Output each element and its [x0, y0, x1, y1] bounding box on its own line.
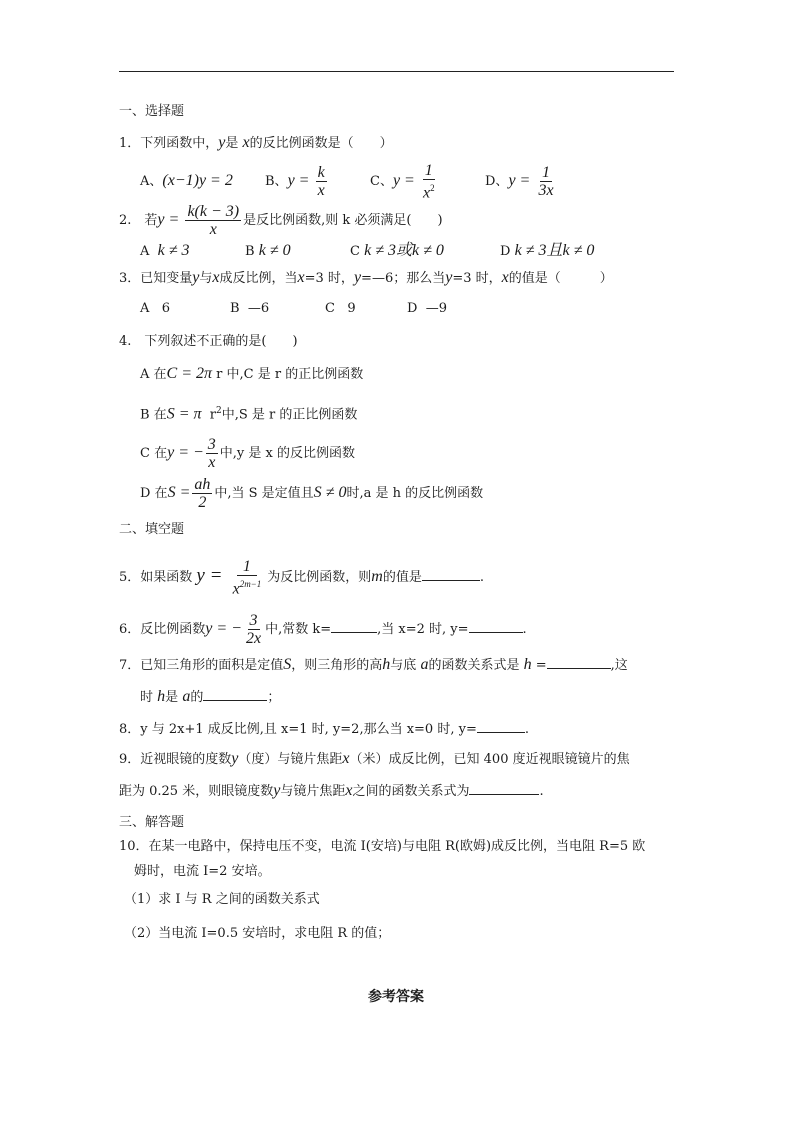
option-b[interactable]: B —6	[230, 301, 325, 317]
question-4-option-c[interactable]: C 在y = −3x中,y 是 x 的反比例函数	[140, 436, 355, 471]
answer-blank[interactable]	[469, 782, 539, 795]
question-7-line-1: 7．已知三角形的面积是定值S，则三角形的高h与底 a的函数关系式是 h =,这	[119, 656, 628, 674]
answers-heading: 参考答案	[368, 989, 424, 1005]
fraction: k(k − 3)x	[185, 203, 241, 238]
question-5: 5．如果函数 y = 1x2m−1为反比例函数，则m的值是.	[119, 558, 484, 597]
option-d[interactable]: D —9	[407, 301, 447, 317]
question-4-option-a[interactable]: A 在C = 2π r 中,C 是 r 的正比例函数	[140, 366, 363, 383]
question-4-option-b[interactable]: B 在S = π r2中,S 是 r 的正比例函数	[140, 403, 357, 423]
section-heading-choice: 一、选择题	[119, 104, 184, 120]
question-4-option-d[interactable]: D 在S =ah2中,当 S 是定值且S ≠ 0时,a 是 h 的反比例函数	[140, 476, 483, 511]
question-3-options: A 6B —6C 9D —9	[140, 301, 447, 317]
question-2: 2. 若y = k(k − 3)x是反比例函数,则 k 必须满足( )	[119, 203, 443, 238]
option-a[interactable]: A、(x−1)y = 2	[140, 173, 265, 190]
option-d[interactable]: D、y = 13x	[485, 164, 558, 199]
fraction: 3x	[206, 436, 218, 471]
fraction: kx	[316, 164, 327, 199]
question-2-options: A k ≠ 3B k ≠ 0C k ≠ 3或k ≠ 0D k ≠ 3且k ≠ 0	[140, 243, 594, 260]
answer-blank[interactable]	[547, 656, 611, 669]
header-rule	[119, 71, 674, 72]
fraction: 13x	[536, 164, 555, 199]
question-1: 1．下列函数中，y是 x的反比例函数是（ ）	[119, 135, 393, 152]
question-10-line-1: 10．在某一电路中，保持电压不变，电流 I(安培)与电阻 R(欧姆)成反比例，当…	[119, 839, 645, 855]
fraction: ah2	[192, 476, 212, 511]
answer-blank[interactable]	[422, 568, 480, 581]
option-d[interactable]: D k ≠ 3且k ≠ 0	[500, 243, 594, 260]
section-heading-fill: 二、填空题	[119, 522, 184, 538]
section-heading-solve: 三、解答题	[119, 815, 184, 831]
question-1-options: A、(x−1)y = 2 B、y = kx C、y = 1x2 D、y = 13…	[140, 162, 558, 201]
option-b[interactable]: B k ≠ 0	[245, 243, 350, 260]
option-c[interactable]: C k ≠ 3或k ≠ 0	[350, 243, 500, 260]
question-8: 8．y 与 2x+1 成反比例,且 x=1 时, y=2,那么当 x=0 时, …	[119, 720, 529, 738]
question-6: 6．反比例函数y = −32x中,常数 k=,当 x=2 时, y=.	[119, 612, 527, 647]
answer-blank[interactable]	[477, 720, 525, 733]
question-10-sub-1: （1）求 I 与 R 之间的函数关系式	[124, 892, 320, 908]
option-c[interactable]: C、y = 1x2	[370, 162, 485, 201]
answer-blank[interactable]	[203, 688, 267, 701]
option-c[interactable]: C 9	[325, 301, 407, 317]
question-4: 4. 下列叙述不正确的是( )	[119, 334, 298, 350]
question-9-line-1: 9．近视眼镜的度数y（度）与镜片焦距x（米）成反比例，已知 400 度近视眼镜镜…	[119, 751, 630, 768]
question-7-line-2: 时 h是 a的；	[140, 688, 280, 706]
answer-blank-k[interactable]	[331, 620, 377, 633]
question-9-line-2: 距为 0.25 米，则眼镜度数y与镜片焦距x之间的函数关系式为.	[119, 782, 544, 800]
question-10-sub-2: （2）当电流 I=0.5 安培时，求电阻 R 的值；	[124, 926, 390, 942]
question-3: 3．已知变量y与x成反比例，当x=3 时，y=—6；那么当y=3 时，x的值是（…	[119, 270, 613, 287]
answer-blank-y[interactable]	[469, 620, 523, 633]
option-a[interactable]: A 6	[140, 301, 230, 317]
fraction: 1x2	[421, 162, 437, 201]
fraction: 1x2m−1	[231, 558, 264, 597]
option-b[interactable]: B、y = kx	[265, 164, 370, 199]
option-a[interactable]: A k ≠ 3	[140, 243, 245, 260]
question-10-line-2: 姆时，电流 I=2 安培。	[134, 864, 271, 880]
fraction: 32x	[244, 612, 263, 647]
